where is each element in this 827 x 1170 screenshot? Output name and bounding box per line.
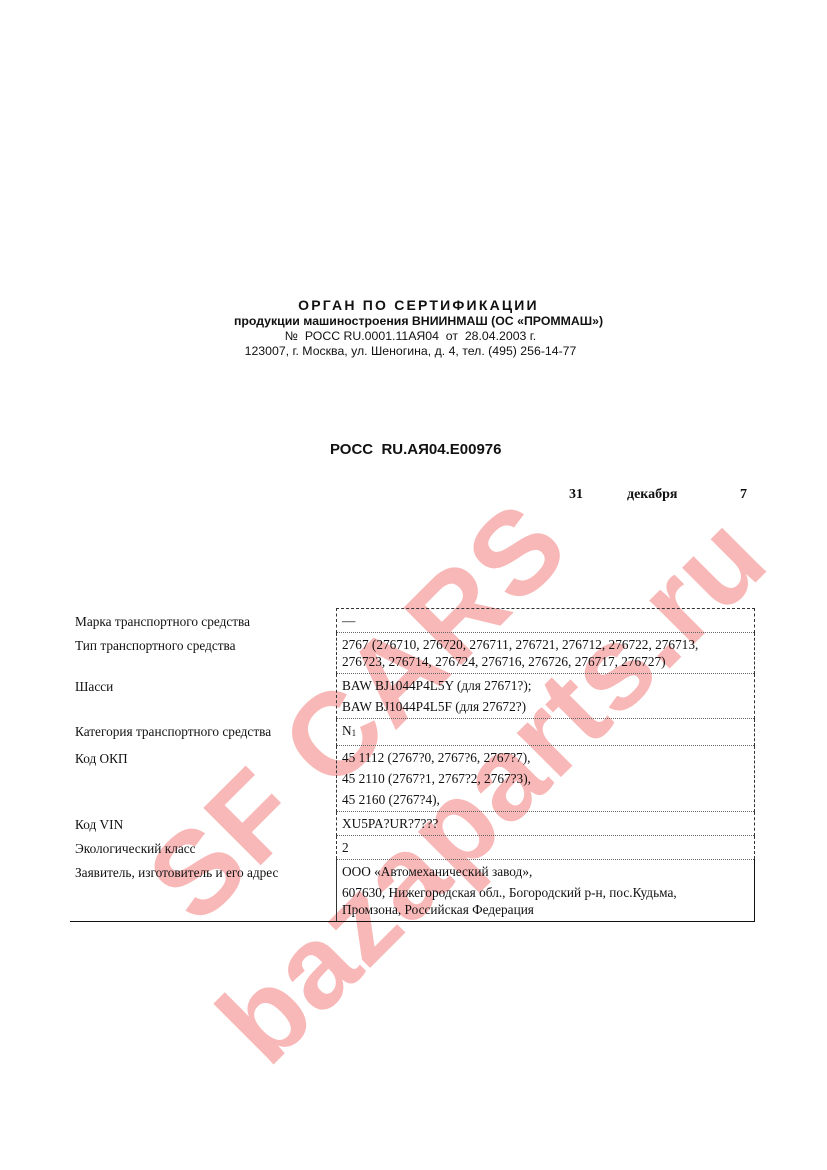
- vehicle-spec-table: Марка транспортного средства — Тип транс…: [70, 608, 755, 922]
- value-line: 276723, 276714, 276724, 276716, 276726, …: [342, 653, 750, 670]
- org-subtitle: продукции машиностроения ВНИИНМАШ (ОС «П…: [10, 314, 827, 329]
- row-value-vin: XU5PA?UR?7???: [337, 812, 755, 836]
- row-value-chassis: BAW BJ1044P4L5Y (для 27671?); BAW BJ1044…: [337, 674, 755, 719]
- table-row: Экологический класс 2: [70, 836, 755, 860]
- value-line: XU5PA?UR?7???: [342, 815, 750, 832]
- row-value-category: N1: [337, 719, 755, 746]
- category-subscript: 1: [352, 728, 357, 738]
- row-value-type: 2767 (276710, 276720, 276711, 276721, 27…: [337, 633, 755, 674]
- row-label-okp: Код ОКП: [70, 746, 337, 812]
- value-line: ООО «Автомеханический завод»,: [342, 863, 750, 880]
- value-line: BAW BJ1044P4L5Y (для 27671?);: [342, 677, 750, 694]
- value-line: 45 2160 (2767?4),: [342, 791, 750, 808]
- certificate-number: РОСС RU.АЯ04.Е00976: [330, 441, 502, 458]
- table-row: Заявитель, изготовитель и его адрес ООО …: [70, 860, 755, 922]
- row-label-type: Тип транспортного средства: [70, 633, 337, 674]
- value-line: Промзона, Российская Федерация: [342, 901, 750, 918]
- table-row: Тип транспортного средства 2767 (276710,…: [70, 633, 755, 674]
- org-registration: № РОСС RU.0001.11АЯ04 от 28.04.2003 г.: [0, 329, 827, 344]
- row-label-chassis: Шасси: [70, 674, 337, 719]
- value-line: 45 2110 (2767?1, 2767?2, 2767?3),: [342, 770, 750, 787]
- row-label-vin: Код VIN: [70, 812, 337, 836]
- value-line: 45 1112 (2767?0, 2767?6, 2767?7),: [342, 749, 750, 766]
- value-line: 607630, Нижегородская обл., Богородский …: [342, 884, 750, 901]
- row-label-eco-class: Экологический класс: [70, 836, 337, 860]
- value-line: 2: [342, 839, 750, 856]
- table-row: Категория транспортного средства N1: [70, 719, 755, 746]
- table-row: Марка транспортного средства —: [70, 609, 755, 633]
- table-row: Шасси BAW BJ1044P4L5Y (для 27671?); BAW …: [70, 674, 755, 719]
- certification-body-header: ОРГАН ПО СЕРТИФИКАЦИИ продукции машиност…: [0, 296, 827, 359]
- row-value-okp: 45 1112 (2767?0, 2767?6, 2767?7), 45 211…: [337, 746, 755, 812]
- value-line: 2767 (276710, 276720, 276711, 276721, 27…: [342, 636, 750, 653]
- row-value-eco-class: 2: [337, 836, 755, 860]
- table-row: Код VIN XU5PA?UR?7???: [70, 812, 755, 836]
- org-title: ОРГАН ПО СЕРТИФИКАЦИИ: [10, 296, 827, 314]
- value-line: BAW BJ1044P4L5F (для 27672?): [342, 698, 750, 715]
- date-month: декабря: [627, 487, 678, 503]
- row-label-brand: Марка транспортного средства: [70, 609, 337, 633]
- category-main: N: [342, 723, 352, 738]
- org-address: 123007, г. Москва, ул. Шеногина, д. 4, т…: [0, 344, 827, 359]
- row-label-applicant: Заявитель, изготовитель и его адрес: [70, 860, 337, 922]
- date-year: 7: [740, 487, 747, 503]
- table-row: Код ОКП 45 1112 (2767?0, 2767?6, 2767?7)…: [70, 746, 755, 812]
- row-value-brand: —: [337, 609, 755, 633]
- row-label-category: Категория транспортного средства: [70, 719, 337, 746]
- row-value-applicant: ООО «Автомеханический завод», 607630, Ни…: [337, 860, 755, 922]
- value-line: —: [342, 612, 750, 629]
- certificate-page: ОРГАН ПО СЕРТИФИКАЦИИ продукции машиност…: [0, 0, 827, 1170]
- date-day: 31: [569, 487, 583, 503]
